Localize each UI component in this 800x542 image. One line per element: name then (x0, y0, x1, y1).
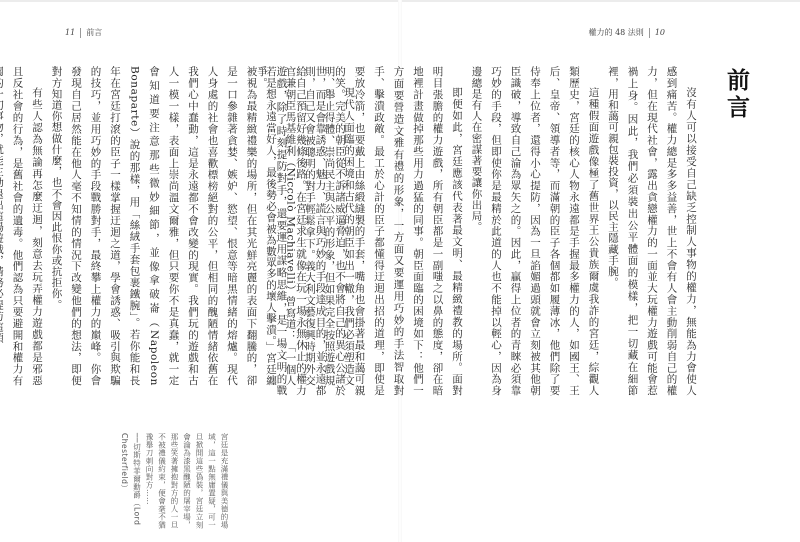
running-head-divider (649, 28, 650, 38)
right-running-head-title: 權力的 48 法則 (589, 27, 644, 38)
right-page-number: 10 (655, 28, 665, 37)
paragraph: 有些人認為無論再怎麼迂迴，刻意去玩弄權力遊戲都是邪惡且反社會的行為，是舊社會的遺… (0, 66, 46, 386)
chapter-title: 前言 (720, 68, 753, 122)
paragraph: 現代人面臨的困境和古代的朝臣如出一轍，我們必須塑造文明、舉止得體、崇尚民主與公平… (46, 66, 358, 386)
left-running-head: 11 前言 (65, 27, 102, 38)
paragraph: 這種假面遊戲像極了舊世界王公貴族爾虞我詐的宮廷，綜觀人類歷史，宮廷的核心人物永遠… (466, 66, 603, 396)
running-head-divider (80, 28, 81, 38)
sidebar-quote-attribution: ──切斯特菲爾勳爵（Lord Chesterfield） (118, 433, 143, 533)
right-running-head: 權力的 48 法則 10 (589, 27, 665, 38)
left-page-number: 11 (65, 28, 75, 37)
paragraph: 沒有人可以接受自己缺乏控制人事物的權力，無能為力會使人感到痛苦。權力總是多多益善… (603, 66, 701, 396)
book-spread: 11 前言 宮廷是充滿禮儀與美德的場域，這一點無庸置疑，可一旦掀開這些偽裝，宮廷… (0, 0, 800, 542)
right-body-text: 沒有人可以接受自己缺乏控制人事物的權力，無能為力會使人感到痛苦。權力總是多多益善… (410, 66, 700, 396)
sidebar-quote-text: 宮廷是充滿禮儀與美德的場域，這一點無庸置疑，可一旦掀開這些偽裝，宮廷立刻會淪為漆… (143, 433, 231, 533)
sidebar-quote: 宮廷是充滿禮儀與美德的場域，這一點無庸置疑，可一旦掀開這些偽裝，宮廷立刻會淪為漆… (160, 433, 230, 533)
left-body-text: 現代人面臨的困境和古代的朝臣如出一轍，我們必須塑造文明、舉止得體、崇尚民主與公平… (58, 66, 358, 386)
left-running-head-title: 前言 (86, 27, 102, 38)
